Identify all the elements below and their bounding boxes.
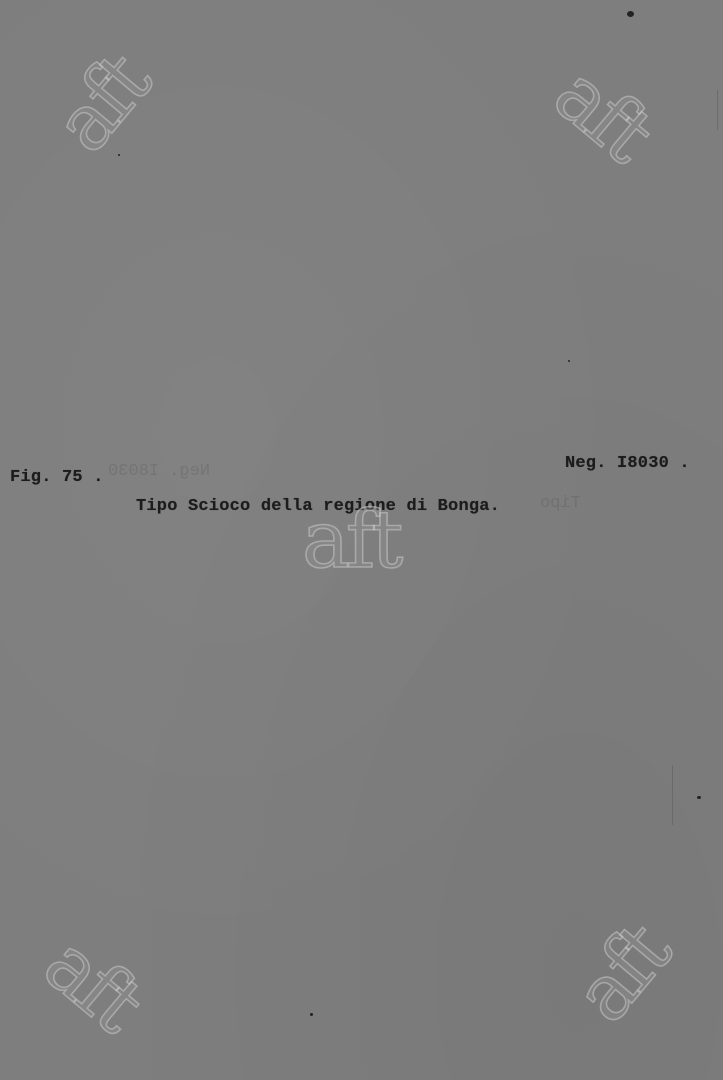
edge-mark (717, 90, 718, 130)
show-through-caption: Tipo (540, 494, 581, 513)
scratch-mark (672, 765, 673, 825)
dust-speck (118, 154, 120, 156)
watermark-top-right: aft (541, 54, 664, 175)
dust-speck (310, 1013, 313, 1016)
negative-number: Neg. I8030 . (565, 454, 690, 473)
document-page: Neg. I8030 Tipo Fig. 75 . Neg. I8030 . T… (0, 0, 723, 1080)
figure-label: Fig. 75 . (10, 468, 104, 487)
watermark-bottom-left: aft (31, 924, 154, 1045)
dust-speck (697, 796, 701, 799)
watermark-bottom-right: aft (562, 913, 683, 1036)
dust-speck (627, 11, 634, 17)
show-through-negative: Neg. I8030 (108, 462, 210, 481)
dust-speck (568, 360, 570, 362)
watermark-top-left: aft (42, 43, 163, 166)
watermark-center: aft (302, 500, 399, 580)
